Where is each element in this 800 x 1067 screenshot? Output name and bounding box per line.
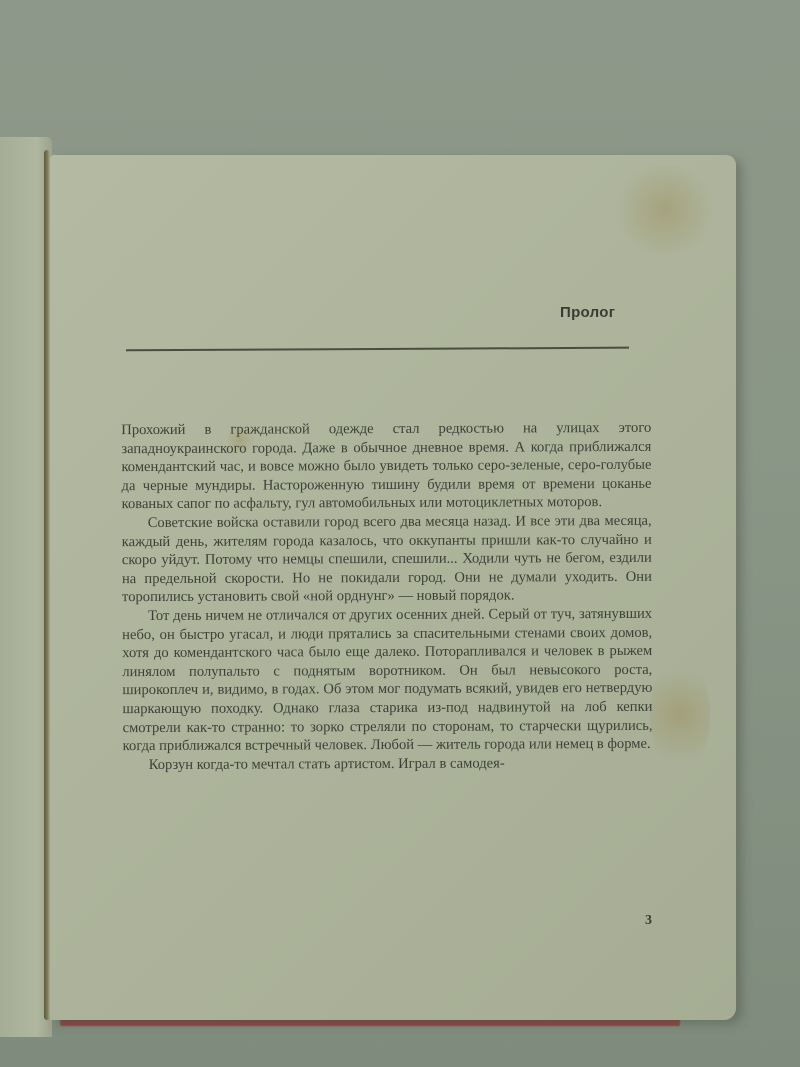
page-number: 3: [645, 913, 652, 929]
paragraph: Тот день ничем не отличался от других ос…: [122, 605, 653, 756]
paragraph: Прохожий в гражданской одежде стал редко…: [121, 419, 651, 514]
paper-stain: [650, 655, 710, 775]
body-text: Прохожий в гражданской одежде стал редко…: [121, 419, 653, 775]
paragraph: Корзун когда-то мечтал стать артистом. И…: [123, 754, 653, 775]
book-gutter: [44, 150, 50, 1020]
chapter-title: Пролог: [560, 304, 615, 321]
paper-stain: [610, 165, 720, 255]
paragraph: Советские войска оставили город всего дв…: [122, 512, 652, 607]
